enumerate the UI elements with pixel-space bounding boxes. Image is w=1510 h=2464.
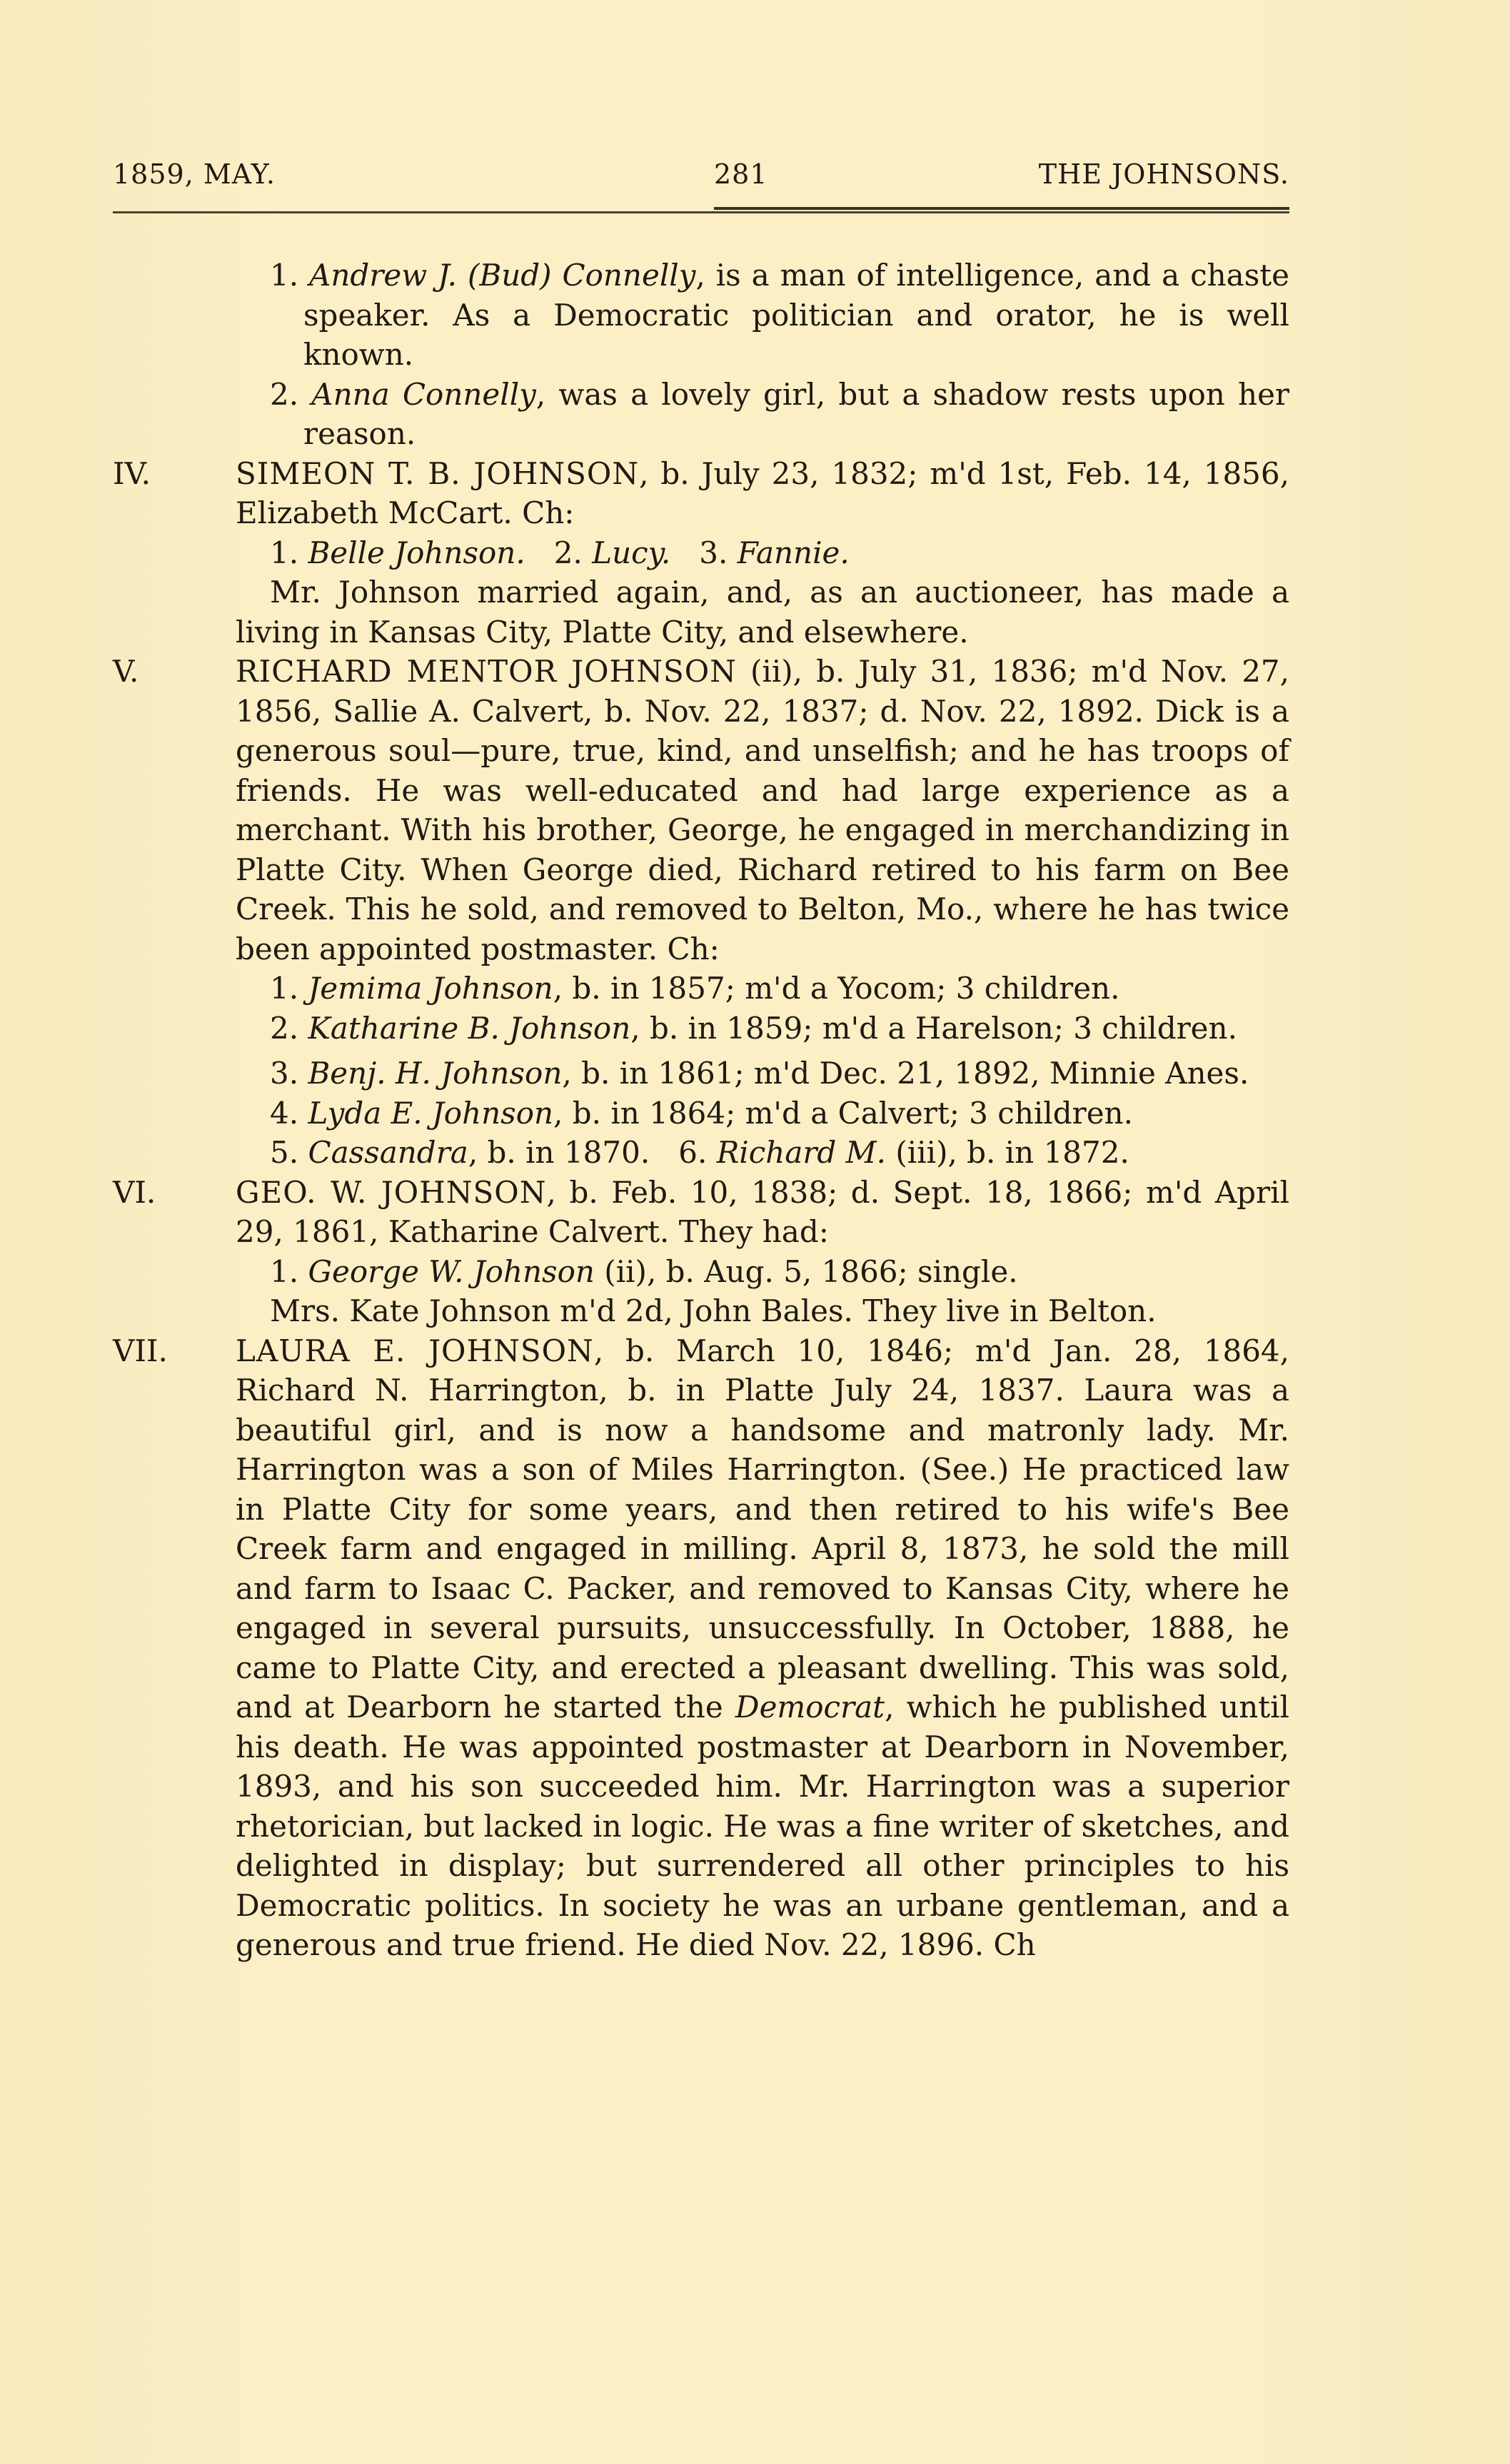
child-number: 4.: [270, 1096, 298, 1131]
spacer: [113, 1048, 1289, 1054]
entry-heading: RICHARD MENTOR JOHNSON: [236, 654, 737, 689]
child-number: 2.: [270, 1011, 298, 1046]
entry-text: , b. March 10, 1846; m'd Jan. 28, 1864, …: [236, 1333, 1289, 1725]
child-name: Katharine B. Johnson: [308, 1011, 630, 1046]
entry-numeral: V.: [113, 652, 236, 692]
body-text: 1. Andrew J. (Bud) Connelly, is a man of…: [113, 256, 1289, 1965]
child-name: Andrew J. (Bud) Connelly: [309, 258, 695, 293]
child-entry: 1. Jemima Johnson, b. in 1857; m'd a Yoc…: [113, 969, 1289, 1009]
header-rule: [113, 211, 1289, 213]
running-head-title: THE JOHNSONS.: [1039, 158, 1289, 190]
child-number: 5.: [270, 1135, 298, 1170]
entry-heading: LAURA E. JOHNSON: [236, 1333, 594, 1368]
children-inline: 1. Belle Johnson. 2. Lucy. 3. Fannie.: [113, 533, 1289, 573]
entry-heading: SIMEON T. B. JOHNSON: [236, 456, 639, 491]
child-name: Anna Connelly: [311, 377, 536, 412]
child-name: Richard M.: [717, 1135, 886, 1170]
page-number: 281: [714, 158, 768, 190]
children-inline: 5. Cassandra, b. in 1870. 6. Richard M. …: [113, 1133, 1289, 1173]
running-head-date: 1859, MAY.: [113, 158, 276, 190]
child-text: , b. in 1859; m'd a Harelson; 3 children…: [630, 1011, 1237, 1046]
child-name: George W. Johnson: [308, 1254, 595, 1289]
entry-note: Mrs. Kate Johnson m'd 2d, John Bales. Th…: [113, 1291, 1289, 1331]
entry-note: Mr. Johnson married again, and, as an au…: [113, 572, 1289, 652]
child-name: Lyda E. Johnson: [308, 1096, 553, 1131]
child-text: , b. in 1870.: [468, 1135, 650, 1170]
child-number: 1.: [270, 1254, 298, 1289]
entry-v: V.RICHARD MENTOR JOHNSON (ii), b. July 3…: [113, 652, 1289, 969]
child-text: , b. in 1857; m'd a Yocom; 3 children.: [553, 971, 1120, 1006]
running-head: 1859, MAY. 281 THE JOHNSONS.: [113, 158, 1289, 201]
child-number: 1.: [270, 258, 298, 293]
child-number: 3.: [270, 1056, 298, 1091]
child-text: (iii), b. in 1872.: [886, 1135, 1129, 1170]
child-text: (ii), b. Aug. 5, 1866; single.: [595, 1254, 1018, 1289]
child-name: Fannie.: [738, 535, 850, 570]
child-number: 1.: [270, 535, 298, 570]
book-page: 1859, MAY. 281 THE JOHNSONS. 1. Andrew J…: [0, 0, 1510, 2464]
child-text: , b. in 1861; m'd Dec. 21, 1892, Minnie …: [562, 1056, 1249, 1091]
entry-numeral: VII.: [113, 1331, 236, 1371]
child-entry: 3. Benj. H. Johnson, b. in 1861; m'd Dec…: [113, 1054, 1289, 1094]
child-name: Cassandra: [308, 1135, 468, 1170]
child-entry: 2. Anna Connelly, was a lovely girl, but…: [113, 375, 1289, 454]
child-number: 6.: [678, 1135, 707, 1170]
child-name: Jemima Johnson: [308, 971, 553, 1006]
child-number: 3.: [699, 535, 728, 570]
child-name: Belle Johnson.: [308, 535, 525, 570]
child-entry: 1. George W. Johnson (ii), b. Aug. 5, 18…: [113, 1252, 1289, 1292]
entry-heading: GEO. W. JOHNSON: [236, 1175, 547, 1210]
entry-iv: IV.SIMEON T. B. JOHNSON, b. July 23, 183…: [113, 454, 1289, 533]
child-number: 1.: [270, 971, 298, 1006]
entry-text: (ii), b. July 31, 1836; m'd Nov. 27, 185…: [236, 654, 1289, 966]
newspaper-title: Democrat: [735, 1690, 885, 1725]
entry-vi: VI.GEO. W. JOHNSON, b. Feb. 10, 1838; d.…: [113, 1173, 1289, 1252]
child-entry: 1. Andrew J. (Bud) Connelly, is a man of…: [113, 256, 1289, 375]
child-entry: 4. Lyda E. Johnson, b. in 1864; m'd a Ca…: [113, 1094, 1289, 1133]
child-number: 2.: [270, 377, 298, 412]
header-rule-thick: [714, 207, 1289, 210]
child-name: Lucy.: [592, 535, 670, 570]
entry-text: , which he published until his death. He…: [236, 1690, 1289, 1962]
child-name: Benj. H. Johnson: [308, 1056, 562, 1091]
child-text: , b. in 1864; m'd a Calvert; 3 children.: [553, 1096, 1133, 1131]
child-number: 2.: [554, 535, 583, 570]
entry-numeral: VI.: [113, 1173, 236, 1213]
entry-vii: VII.LAURA E. JOHNSON, b. March 10, 1846;…: [113, 1331, 1289, 1965]
child-entry: 2. Katharine B. Johnson, b. in 1859; m'd…: [113, 1009, 1289, 1049]
entry-numeral: IV.: [113, 454, 236, 494]
